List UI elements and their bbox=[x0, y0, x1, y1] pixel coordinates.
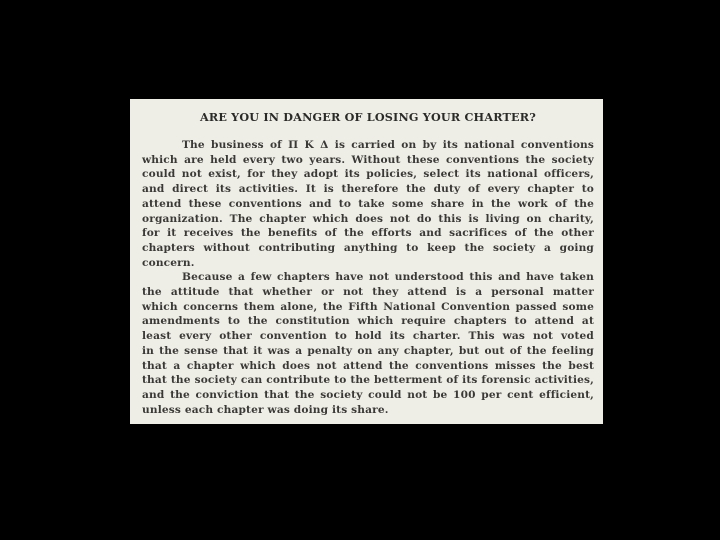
text-line: in the sense that it was a penalty on an… bbox=[142, 344, 594, 359]
text-line: that a chapter which does not attend the… bbox=[142, 359, 594, 374]
paragraph-1: The business of Π K Δ is carried on by i… bbox=[142, 138, 594, 270]
text-line: and the conviction that the society coul… bbox=[142, 388, 594, 403]
document-title: ARE YOU IN DANGER OF LOSING YOUR CHARTER… bbox=[142, 110, 594, 124]
text-line: that the society can contribute to the b… bbox=[142, 373, 594, 388]
text-line: least every other convention to hold its… bbox=[142, 329, 594, 344]
text-line: organization. The chapter which does not… bbox=[142, 212, 594, 227]
text-line: The business of Π K Δ is carried on by i… bbox=[142, 138, 594, 153]
text-line: and direct its activities. It is therefo… bbox=[142, 182, 594, 197]
text-line: the attitude that whether or not they at… bbox=[142, 285, 594, 300]
paragraph-2: Because a few chapters have not understo… bbox=[142, 270, 594, 417]
text-line: unless each chapter was doing its share. bbox=[142, 403, 594, 418]
text-line: amendments to the constitution which req… bbox=[142, 314, 594, 329]
text-line: which are held every two years. Without … bbox=[142, 153, 594, 168]
scanned-document-page: ARE YOU IN DANGER OF LOSING YOUR CHARTER… bbox=[130, 99, 603, 424]
text-line: which concerns them alone, the Fifth Nat… bbox=[142, 300, 594, 315]
text-line: chapters without contributing anything t… bbox=[142, 241, 594, 256]
text-line: could not exist, for they adopt its poli… bbox=[142, 167, 594, 182]
text-line: attend these conventions and to take som… bbox=[142, 197, 594, 212]
text-line: Because a few chapters have not understo… bbox=[142, 270, 594, 285]
text-line: concern. bbox=[142, 256, 594, 271]
text-line: for it receives the benefits of the effo… bbox=[142, 226, 594, 241]
